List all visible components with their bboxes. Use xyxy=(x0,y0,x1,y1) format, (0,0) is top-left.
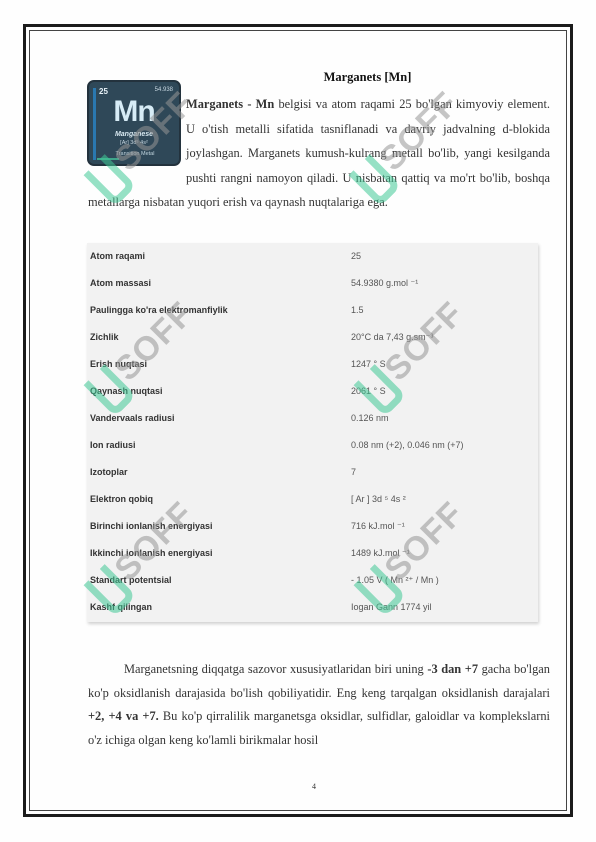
intro-paragraph: Marganets - Mn belgisi va atom raqami 25… xyxy=(88,92,550,215)
property-value: [ Ar ] 3d ⁵ 4s ² xyxy=(351,494,406,504)
intro-bold-lead: Marganets - Mn xyxy=(186,97,274,111)
property-value: 25 xyxy=(351,251,361,261)
table-row: Ion radiusi0.08 nm (+2), 0.046 nm (+7) xyxy=(87,432,538,459)
properties-table: Atom raqami25Atom massasi54.9380 g.mol ⁻… xyxy=(87,243,538,622)
table-row: Atom massasi54.9380 g.mol ⁻¹ xyxy=(87,270,538,297)
property-label: Erish nuqtasi xyxy=(90,359,147,369)
property-label: Paulingga ko'ra elektromanfiylik xyxy=(90,305,228,315)
table-row: Atom raqami25 xyxy=(87,243,538,270)
property-label: Ion radiusi xyxy=(90,440,136,450)
property-label: Qaynash nuqtasi xyxy=(90,386,163,396)
property-value: Iogan Gann 1774 yil xyxy=(351,602,432,612)
table-row: Izotoplar7 xyxy=(87,459,538,486)
property-label: Atom massasi xyxy=(90,278,151,288)
body-text-1: Marganetsning diqqatga sazovor xususiyat… xyxy=(124,662,427,676)
table-row: Ikkinchi ionlanish energiyasi1489 kJ.mol… xyxy=(87,540,538,567)
table-row: Birinchi ionlanish energiyasi716 kJ.mol … xyxy=(87,513,538,540)
property-label: Ikkinchi ionlanish energiyasi xyxy=(90,548,213,558)
property-label: Atom raqami xyxy=(90,251,145,261)
table-row: Erish nuqtasi1247 ° S xyxy=(87,351,538,378)
property-value: 1.5 xyxy=(351,305,364,315)
body-bold-range: -3 dan +7 xyxy=(427,662,478,676)
property-value: 54.9380 g.mol ⁻¹ xyxy=(351,278,418,289)
table-row: Paulingga ko'ra elektromanfiylik1.5 xyxy=(87,297,538,324)
property-label: Zichlik xyxy=(90,332,119,342)
property-value: 1247 ° S xyxy=(351,359,386,369)
property-value: 20°C da 7,43 g.sm⁻³ xyxy=(351,332,433,343)
property-value: 2061 ° S xyxy=(351,386,386,396)
table-row: Qaynash nuqtasi2061 ° S xyxy=(87,378,538,405)
page-title: Marganets [Mn] xyxy=(185,70,550,85)
property-value: - 1.05 V ( Mn ²⁺ / Mn ) xyxy=(351,575,439,586)
page-number: 4 xyxy=(312,782,316,791)
table-row: Elektron qobiq[ Ar ] 3d ⁵ 4s ² xyxy=(87,486,538,513)
property-label: Birinchi ionlanish energiyasi xyxy=(90,521,213,531)
body-bold-states: +2, +4 va +7. xyxy=(88,709,159,723)
property-value: 0.126 nm xyxy=(351,413,389,423)
property-label: Standart potentsial xyxy=(90,575,172,585)
oxidation-paragraph: Marganetsning diqqatga sazovor xususiyat… xyxy=(88,658,550,752)
table-row: Zichlik20°C da 7,43 g.sm⁻³ xyxy=(87,324,538,351)
table-row: Kashf qilinganIogan Gann 1774 yil xyxy=(87,594,538,621)
table-row: Standart potentsial- 1.05 V ( Mn ²⁺ / Mn… xyxy=(87,567,538,594)
table-row: Vandervaals radiusi0.126 nm xyxy=(87,405,538,432)
property-label: Vandervaals radiusi xyxy=(90,413,175,423)
property-label: Elektron qobiq xyxy=(90,494,153,504)
property-value: 0.08 nm (+2), 0.046 nm (+7) xyxy=(351,440,464,450)
property-value: 716 kJ.mol ⁻¹ xyxy=(351,521,405,532)
property-value: 7 xyxy=(351,467,356,477)
property-value: 1489 kJ.mol ⁻¹ xyxy=(351,548,410,559)
property-label: Izotoplar xyxy=(90,467,128,477)
property-label: Kashf qilingan xyxy=(90,602,152,612)
